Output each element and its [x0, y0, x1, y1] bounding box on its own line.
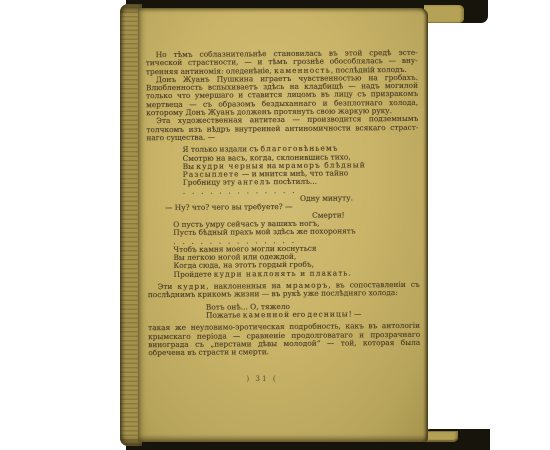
text-segment: , послѣдній холодъ. [331, 65, 407, 74]
text-line: наго существа. — [146, 132, 418, 143]
text-segment: Вы [183, 162, 197, 171]
photo-of-book: Но тѣмъ соблазнительнѣе становилась въ э… [0, 0, 550, 450]
text-segment: Эти [158, 282, 178, 291]
text-line: Пожатье каменной его десницы! — [206, 310, 420, 320]
letterspaced-word: кудри наклонять и плакать [214, 269, 349, 279]
text-segment: его [290, 310, 307, 319]
text-line: послѣднимъ крикомъ жизни — въ рукѣ уже п… [148, 289, 420, 300]
text-segment: Пусть бѣдный прахъ мой здѣсь же похороня… [173, 227, 355, 237]
page-number: ) 31 ( [138, 374, 386, 383]
text-segment: . [348, 269, 350, 278]
text-block-para: Эта художественная антитеза — производит… [146, 115, 418, 142]
text-segment: Смерти! [312, 210, 345, 219]
text-segment: Вотъ онѣ... О, тяжело [206, 302, 290, 312]
text-segment: наго существа. — [146, 133, 215, 143]
text-segment: обречена въ страсти и смерти. [148, 347, 269, 357]
text-segment: послѣднимъ крикомъ жизни — въ рукѣ уже п… [148, 289, 398, 299]
text-block-para: Но тѣмъ соблазнительнѣе становилась въ э… [146, 49, 418, 76]
text-block-verse: Я только издали съ благоговѣньемъСмотрю … [146, 144, 419, 279]
text-segment: на [264, 161, 278, 170]
text-line: Пройдете кудри наклонять и плакать. [174, 269, 420, 279]
page-text: Но тѣмъ соблазнительнѣе становилась въ э… [146, 49, 421, 358]
text-segment: Я только издали съ [182, 144, 260, 154]
letterspaced-word: каменность [274, 65, 331, 74]
text-segment: , въ сопоставленіи съ [328, 281, 420, 290]
letterspaced-word: кудри черныя [196, 161, 264, 171]
text-segment: . . . . . . . . . . . . . [183, 186, 297, 196]
book-page: Но тѣмъ соблазнительнѣе становилась въ э… [138, 8, 428, 442]
text-segment: , наклоненныя на [206, 281, 286, 291]
letterspaced-word: каменной [243, 310, 290, 319]
letterspaced-word: мраморъ блѣдный [279, 161, 366, 170]
text-segment: — и мнится мнѣ, что тайно [240, 169, 349, 179]
letterspaced-word: Разсыплете [183, 170, 240, 179]
letterspaced-word: ангелъ [238, 178, 272, 187]
text-block-para: Донъ Жуанъ Пушкина играетъ чувственность… [146, 74, 418, 118]
text-block-para: такая же неуловимо-эротическая подробнос… [148, 322, 420, 358]
text-segment: Одну минуту. [300, 194, 353, 203]
text-segment: ! — [349, 310, 362, 319]
text-segment: посѣтилъ... [271, 177, 317, 186]
text-segment: Пожатье [206, 310, 243, 319]
text-segment: — Ну? что? чего вы требуете? — [165, 202, 293, 212]
letterspaced-word: мраморъ [286, 281, 328, 290]
underlying-page-top-edge [424, 5, 464, 23]
text-segment: Пройдете [174, 269, 214, 278]
text-block-para: Эти кудри, наклоненныя на мраморъ, въ со… [148, 281, 420, 300]
text-block-verse: Вотъ онѣ... О, тяжелоПожатье каменной ег… [148, 301, 420, 320]
text-line: обречена въ страсти и смерти. [148, 347, 420, 358]
letterspaced-word: кудри [177, 282, 206, 291]
letterspaced-word: десницы [307, 310, 348, 319]
text-segment: Гробницу эту [183, 178, 238, 187]
letterspaced-word: благоговѣньемъ [261, 144, 339, 153]
